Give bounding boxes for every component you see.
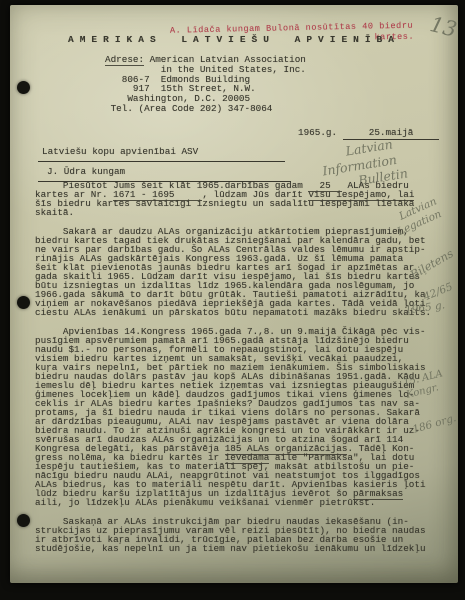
punch-hole — [17, 296, 30, 309]
letter-body: Piesūtot Jums šeit klāt 1965.darbības ga… — [35, 181, 453, 563]
date-line: 1965.g.25.maijā — [298, 127, 439, 140]
address-block: Adrese: American Latvian Association in … — [105, 55, 306, 114]
punch-hole — [17, 81, 30, 94]
punch-hole — [17, 514, 30, 527]
date-year-label: 1965.g. — [298, 127, 337, 138]
paragraph-3: Apvienības 14.Kongress 1965.gada 7.,8. u… — [35, 327, 453, 507]
recipient-org-line: Latviešu kopu apvienībai ASV — [38, 144, 285, 162]
paragraph-4: Saskaņā ar ALAs instrukcijām par biedru … — [35, 517, 453, 553]
org-name-heading: AMERIKAS LATVIEŠU APVIENĪBA — [10, 34, 458, 45]
photo-backdrop: A. Līdača kungam Bulonā nosūtītas 40 bie… — [0, 0, 465, 600]
paragraph-1: Piesūtot Jums šeit klāt 1965.darbības ga… — [35, 181, 453, 217]
paragraph-2: Sakarā ar daudzu ALAs organizāciju atkār… — [35, 227, 453, 317]
letter-page: A. Līdača kungam Bulonā nosūtītas 40 bie… — [10, 5, 458, 583]
